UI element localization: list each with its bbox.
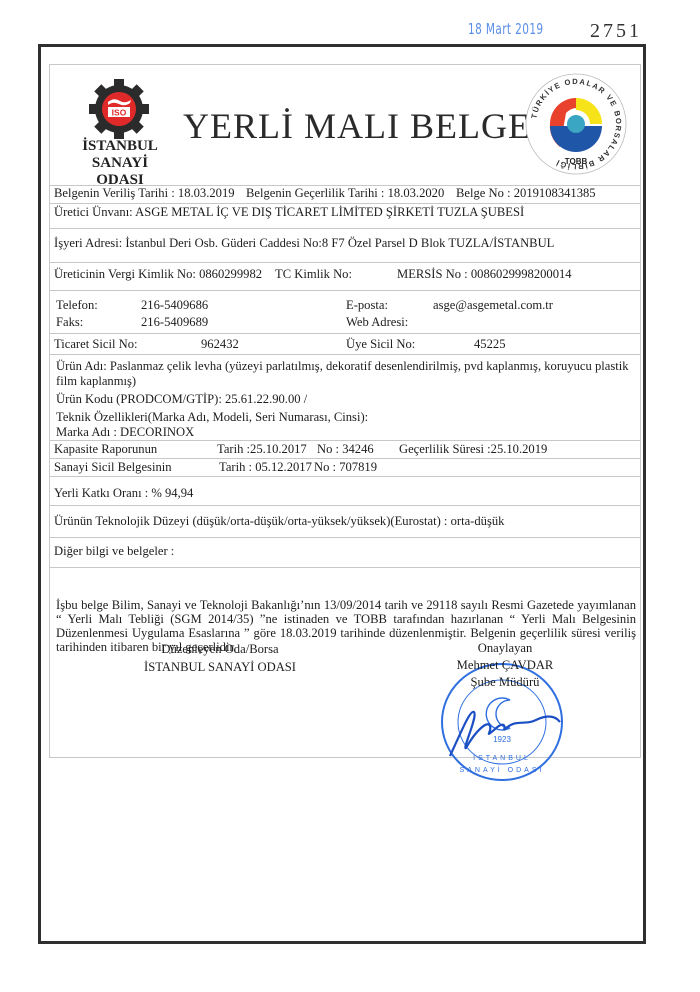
capacity-report-row: Kapasite Raporunun Tarih :25.10.2017 No …: [49, 440, 641, 458]
approver-title: Şube Müdürü: [440, 674, 570, 691]
tobb-emblem-icon: TÜRKİYE ODALAR VE BORSALAR BİRLİĞİ TOBB: [524, 72, 628, 176]
member-registry-no: 45225: [474, 337, 505, 352]
validity-date: 18.03.2020: [388, 186, 445, 200]
svg-text:İSTANBUL: İSTANBUL: [473, 753, 531, 762]
approver-name: Mehmet ÇAVDAR: [440, 657, 570, 674]
approver-signature: Onaylayan Mehmet ÇAVDAR Şube Müdürü: [440, 640, 570, 691]
certificate-number: 2019108341385: [514, 186, 596, 200]
contact-row: Telefon: 216-5409686 Faks: 216-5409689 E…: [49, 290, 641, 333]
mersis-no: 0086029998200014: [471, 267, 572, 281]
other-info-row: Diğer bilgi ve belgeler :: [49, 537, 641, 567]
producer-row: Üretici Ünvanı: ASGE METAL İÇ VE DIŞ TİC…: [49, 203, 641, 228]
local-content-rate: % 94,94: [151, 486, 193, 500]
stamp-date: 18 Mart 2019: [468, 20, 544, 38]
svg-text:SANAYİ ODASI: SANAYİ ODASI: [460, 765, 545, 774]
product-row: Ürün Adı: Paslanmaz çelik levha (yüzeyi …: [49, 354, 641, 440]
fax: 216-5409689: [141, 315, 208, 330]
brand-name: DECORINOX: [120, 425, 194, 439]
industry-registry-row: Sanayi Sicil Belgesinin Tarih : 05.12.20…: [49, 458, 641, 476]
tax-row: Üreticinin Vergi Kimlik No: 0860299982 T…: [49, 262, 641, 290]
tech-level: orta-düşük: [451, 514, 505, 528]
address-row: İşyeri Adresi: İstanbul Deri Osb. Güderi…: [49, 228, 641, 262]
svg-text:ISO: ISO: [112, 108, 127, 118]
document-number: 2751: [590, 20, 642, 43]
iso-gear-icon: ISO: [88, 78, 150, 140]
producer-name: ASGE METAL İÇ VE DIŞ TİCARET LİMİTED ŞİR…: [135, 205, 524, 219]
svg-text:TOBB: TOBB: [565, 157, 588, 166]
local-content-row: Yerli Katkı Oranı : % 94,94: [49, 476, 641, 505]
divider: [49, 567, 641, 568]
registry-row: Ticaret Sicil No: 962432 Üye Sicil No: 4…: [49, 333, 641, 354]
product-name: Paslanmaz çelik levha (yüzeyi parlatılmı…: [110, 359, 629, 373]
svg-text:1923: 1923: [493, 735, 511, 744]
address: İstanbul Deri Osb. Güderi Caddesi No:8 F…: [125, 236, 554, 250]
tax-id: 0860299982: [199, 267, 262, 281]
product-code: 25.61.22.90.00 /: [225, 392, 307, 406]
page-title: YERLİ MALI BELGESİ: [183, 105, 565, 147]
issuer-signature: Düzenleyen Oda/Borsa İSTANBUL SANAYİ ODA…: [110, 640, 330, 676]
tech-level-row: Ürünün Teknolojik Düzeyi (düşük/orta-düş…: [49, 505, 641, 537]
iso-name: İSTANBUL SANAYİ ODASI: [70, 138, 170, 189]
issue-info-row: Belgenin Veriliş Tarihi : 18.03.2019 Bel…: [49, 185, 641, 203]
trade-registry-no: 962432: [201, 337, 239, 352]
phone: 216-5409686: [141, 298, 208, 313]
email: asge@asgemetal.com.tr: [433, 298, 553, 313]
issue-date: 18.03.2019: [178, 186, 235, 200]
